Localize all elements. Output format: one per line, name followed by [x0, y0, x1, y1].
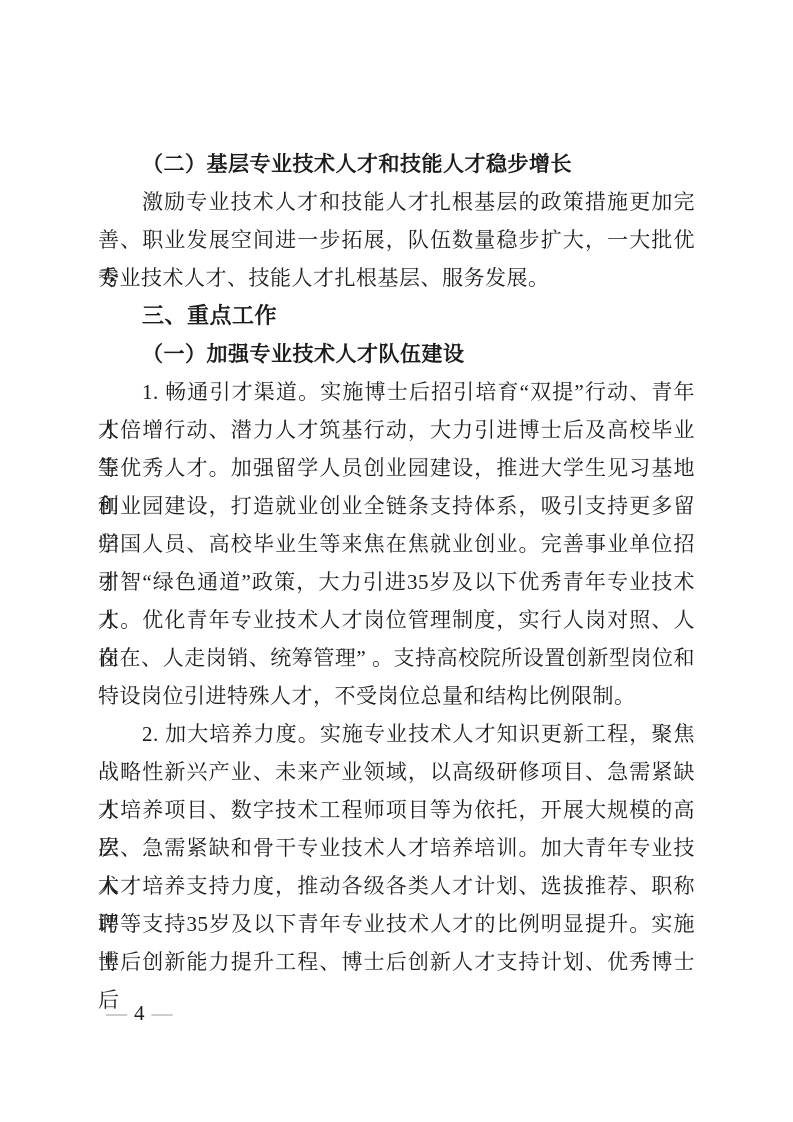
body-text-line: 2. 加大培养力度。实施专业技术人才知识更新工程，聚焦 — [98, 715, 695, 753]
body-text-line: 岗在、人走岗销、统筹管理” 。支持高校院所设置创新型岗位和 — [98, 639, 695, 677]
page-number: —4— — [106, 995, 173, 1031]
body-text-line: 创业园建设，打造就业创业全链条支持体系，吸引支持更多留学 — [98, 487, 695, 525]
body-text-line: 等优秀人才。加强留学人员创业园建设，推进大学生见习基地和 — [98, 449, 695, 487]
body-text-line: 聘等支持35岁及以下青年专业技术人才的比例明显提升。实施博 — [98, 905, 695, 943]
body-text-line: 引智“绿色通道”政策，大力引进35岁及以下优秀青年专业技术人 — [98, 563, 695, 601]
body-text-line: 士后创新能力提升工程、博士后创新人才支持计划、优秀博士后 — [98, 943, 695, 981]
page-number-value: 4 — [127, 1001, 152, 1025]
body-text-line: 才。优化青年专业技术人才岗位管理制度，实行人岗对照、人在 — [98, 601, 695, 639]
document-page: （二）基层专业技术人才和技能人才稳步增长激励专业技术人才和技能人才扎根基层的政策… — [0, 0, 793, 1122]
page-number-dash-right: — — [152, 1001, 173, 1025]
body-text-line: 次、急需紧缺和骨干专业技术人才培养培训。加大青年专业技术 — [98, 829, 695, 867]
body-text-line: 才培养项目、数字技术工程师项目等为依托，开展大规模的高层 — [98, 791, 695, 829]
body-text-line: 善、职业发展空间进一步拓展，队伍数量稳步扩大，一大批优秀 — [98, 221, 695, 259]
page-number-dash-left: — — [106, 1001, 127, 1025]
body-text-line: 1. 畅通引才渠道。实施博士后招引培育“双提”行动、青年人 — [98, 373, 695, 411]
body-text-line: 人才培养支持力度，推动各级各类人才计划、选拔推荐、职称评 — [98, 867, 695, 905]
heading-line: （二）基层专业技术人才和技能人才稳步增长 — [98, 145, 695, 183]
body-text-line: 特设岗位引进特殊人才，不受岗位总量和结构比例限制。 — [98, 677, 695, 715]
body-text-line: 激励专业技术人才和技能人才扎根基层的政策措施更加完 — [98, 183, 695, 221]
body-text-line: 专业技术人才、技能人才扎根基层、服务发展。 — [98, 259, 695, 297]
heading-line: （一）加强专业技术人才队伍建设 — [98, 335, 695, 373]
body-text-line: 才倍增行动、潜力人才筑基行动，大力引进博士后及高校毕业生 — [98, 411, 695, 449]
document-content: （二）基层专业技术人才和技能人才稳步增长激励专业技术人才和技能人才扎根基层的政策… — [98, 145, 695, 981]
body-text-line: 战略性新兴产业、未来产业领域，以高级研修项目、急需紧缺人 — [98, 753, 695, 791]
heading-line: 三、重点工作 — [98, 297, 695, 335]
body-text-line: 归国人员、高校毕业生等来焦在焦就业创业。完善事业单位招才 — [98, 525, 695, 563]
